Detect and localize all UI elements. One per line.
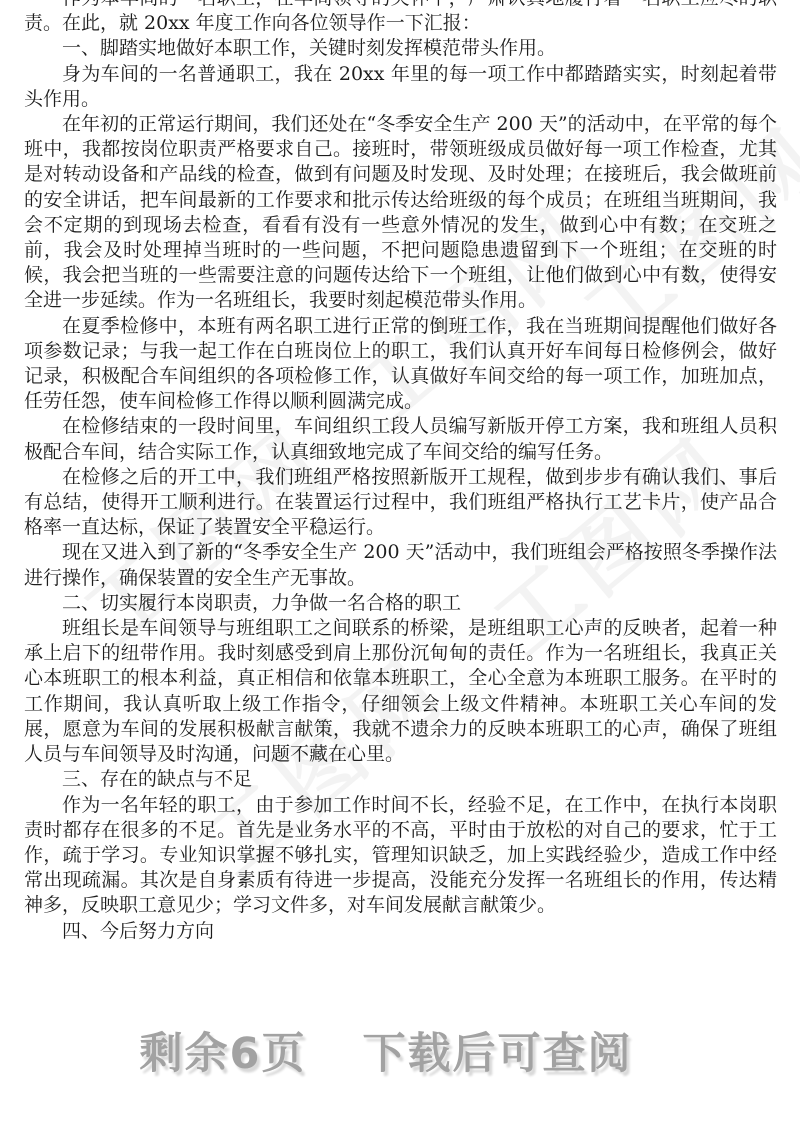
- paragraph: 在检修之后的开工中，我们班组严格按照新版开工规程，做到步步有确认我们、事后有总结…: [24, 465, 777, 541]
- section-heading-3: 三、存在的缺点与不足: [24, 767, 777, 792]
- paragraph: 在年初的正常运行期间，我们还处在“冬季安全生产 200 天”的活动中，在平常的每…: [24, 112, 777, 314]
- section-heading-1: 一、脚踏实地做好本职工作，关键时刻发挥模范带头作用。: [24, 36, 777, 61]
- paragraph: 现在又进入到了新的“冬季安全生产 200 天”活动中，我们班组会严格按照冬季操作…: [24, 540, 777, 590]
- section-heading-2: 二、切实履行本岗职责，力争做一名合格的职工: [24, 591, 777, 616]
- paragraph: 在夏季检修中，本班有两名职工进行正常的倒班工作，我在当班期间提醒他们做好各项参数…: [24, 314, 777, 415]
- pages-remaining-label: 剩余6页: [140, 1020, 307, 1081]
- download-to-view-label: 下载后可查阅: [362, 1020, 632, 1081]
- document-page: 工图网 工图网 工图网 工图网 工图网 作为本车间的一名职工，在车间领导的关怀下…: [0, 0, 800, 1124]
- preview-banner: 剩余6页 下载后可查阅: [0, 1020, 786, 1081]
- paragraph: 班组长是车间领导与班组职工之间联系的桥梁，是班组职工心声的反映者，起着一种承上启…: [24, 616, 777, 767]
- paragraph: 作为一名年轻的职工，由于参加工作时间不长，经验不足，在工作中，在执行本岗职责时都…: [24, 793, 777, 919]
- paragraph: 身为车间的一名普通职工，我在 20xx 年里的每一项工作中都踏踏实实，时刻起着带…: [24, 62, 777, 112]
- section-heading-4: 四、今后努力方向: [24, 919, 777, 944]
- paragraph: 在检修结束的一段时间里，车间组织工段人员编写新版开停工方案，我和班组人员积极配合…: [24, 414, 777, 464]
- document-text: 作为本车间的一名职工，在车间领导的关怀下，严肃认真地履行着一名职工应尽的职责。在…: [24, 0, 777, 944]
- paragraph: 作为本车间的一名职工，在车间领导的关怀下，严肃认真地履行着一名职工应尽的职责。在…: [24, 0, 777, 36]
